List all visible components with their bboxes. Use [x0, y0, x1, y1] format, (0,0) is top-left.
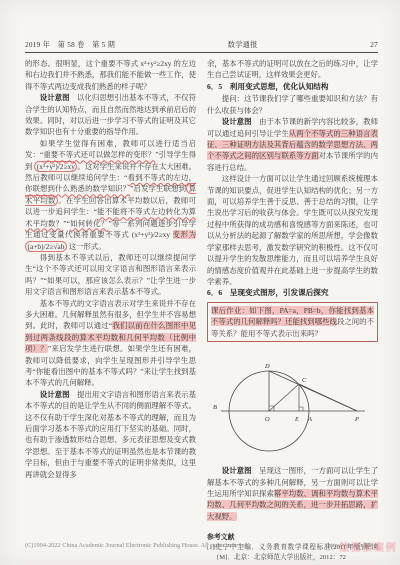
- label-P: P: [354, 416, 359, 423]
- right-angle-E: [299, 407, 303, 411]
- circle-diagram: D C B O E A P: [209, 345, 377, 459]
- issue-info: 2019 年 第 58 卷 第 5 期: [25, 40, 115, 50]
- right-column: 余，基本不等式的证明可以放在之后的练习中，让学生自己尝试证明，这样效果会更好。6…: [207, 58, 378, 563]
- text-run: ”来启发学生进行联想。如果学生还有困难，教师可以降低要求，向学生呈现图形并引导学…: [25, 344, 196, 387]
- text-run: 余，基本不等式的证明可以放在之后的练习中，让学生自己尝试证明，这样效果会更好。: [207, 59, 378, 79]
- paragraph: 这样设计一方面可以让学生通过回顾系统梳理本节课的知识要点，促进学生认知结构的优化…: [207, 173, 378, 287]
- journal-title: 数学通报: [228, 40, 258, 50]
- label-C: C: [302, 377, 307, 384]
- references-heading: 参考文献: [207, 531, 378, 541]
- label-B: B: [213, 404, 217, 411]
- geometry-figure: D C B O E A P: [207, 345, 378, 464]
- paragraph: 设计意图 以化归思想引出基本不等式，不仅符合学生的认知特点，而且自然而然地达到承…: [25, 92, 196, 138]
- text-columns: 的形态。很明显，这个重要不等式 x²+y²≥2xy 的左边和右边我们并不熟悉，那…: [25, 58, 378, 563]
- annotated-text-run: 重要不等式还可以做怎样的变形？: [43, 150, 155, 159]
- text-run: ”启发学生联想到: [130, 184, 186, 193]
- paragraph: 如果学生觉得有困难，教师可以进行适当启发：“重要不等式还可以做怎样的变形？”引导…: [25, 138, 196, 252]
- radius-OC: [269, 384, 299, 411]
- header-rule: [25, 52, 378, 53]
- right-column-top: 余，基本不等式的证明可以放在之后的练习中，让学生自己尝试证明，这样效果会更好。6…: [207, 58, 378, 342]
- section-heading: 6．5 利用变式思想，优化认知结构: [207, 81, 378, 94]
- page-number: 27: [370, 41, 378, 49]
- page-footer: (C)1994-2022 China Academic Journal Elec…: [25, 542, 378, 549]
- label-D: D: [264, 363, 270, 370]
- paragraph: 的形态。很明显，这个重要不等式 x²+y²≥2xy 的左边和右边我们并不熟悉，那…: [25, 58, 196, 92]
- paragraph: 设计意图 由于本节课的新学内容比较多，教师可以通过追问引导让学生从两个不等式的三…: [207, 116, 378, 173]
- cnki-url: http://www.cnki.net: [328, 542, 378, 549]
- homework-box: 课后作业：如下图，PA=a，PB=b，你能找到基本不等式的几何解释吗？还能找到哪…: [207, 302, 378, 342]
- annotated-text-run: 设计意图: [222, 466, 252, 475]
- text-run: 提问：这节课我们学了哪些重要知识和方法？有什么收获与体会？: [207, 94, 378, 114]
- section-heading: 6．6 呈现变式图形，引发课后探究: [207, 287, 378, 300]
- text-run: 的形态。很明显，这个重要不等式 x²+y²≥2xy 的左边和右边我们并不熟悉，那…: [25, 59, 196, 91]
- paragraph: 基本不等式的文字语言表示对学生来说并不存在多大困难。几何解释虽然有很多，但学生并…: [25, 298, 196, 389]
- copyright-text: (C)1994-2022 China Academic Journal Elec…: [25, 542, 249, 549]
- paragraph: 设计意图 呈现这一图形，一方面可以让学生了解基本不等式的多种几何解释，另一方面则…: [207, 465, 378, 522]
- text-run: 提出用文字语言和图形语言来表示基本不等式的目的是让学生从不同的侧面理解不等式。这…: [25, 390, 196, 479]
- text-run: 这一形式。: [67, 242, 106, 251]
- journal-page: 2019 年 第 58 卷 第 5 期 数学通报 27 的形态。很明显，这个重要…: [0, 0, 400, 565]
- label-O: O: [265, 416, 270, 423]
- annotated-text-run: 设计意图: [40, 390, 70, 399]
- page-header: 2019 年 第 58 卷 第 5 期 数学通报 27: [25, 40, 378, 50]
- annotated-text-run: (a+b)/2≥√ab: [25, 241, 67, 252]
- annotated-text-run: 如何转化？: [70, 219, 109, 228]
- label-E: E: [294, 416, 299, 423]
- segment-CP: [299, 384, 357, 411]
- paragraph: 提问：这节课我们学了哪些重要知识和方法？有什么收获与体会？: [207, 93, 378, 116]
- text-run: 这样设计一方面可以让学生通过回顾系统梳理本节课的知识要点，促进学生认知结构的优化…: [207, 174, 378, 286]
- label-A: A: [307, 416, 312, 423]
- annotated-text-run: 设计意图: [40, 93, 70, 102]
- paragraph: 余，基本不等式的证明可以放在之后的练习中，让学生自己尝试证明，这样效果会更好。: [207, 58, 378, 81]
- annotated-text-run: 变形为: [173, 230, 196, 239]
- text-run: 得到基本不等式以后，教师还可以继续提问学生“这个不等式还可以用文字语言和图形语言…: [25, 253, 196, 296]
- paragraph: 得到基本不等式以后，教师还可以继续提问学生“这个不等式还可以用文字语言和图形语言…: [25, 252, 196, 298]
- left-column: 的形态。很明显，这个重要不等式 x²+y²≥2xy 的左边和右边我们并不熟悉，那…: [25, 58, 196, 563]
- annotated-text-run: 设计意图: [222, 117, 252, 126]
- annotated-text-run: (x²+y²)/2≥xy: [34, 161, 77, 172]
- paragraph: 设计意图 提出用文字语言和图形语言来表示基本不等式的目的是让学生从不同的侧面理解…: [25, 389, 196, 480]
